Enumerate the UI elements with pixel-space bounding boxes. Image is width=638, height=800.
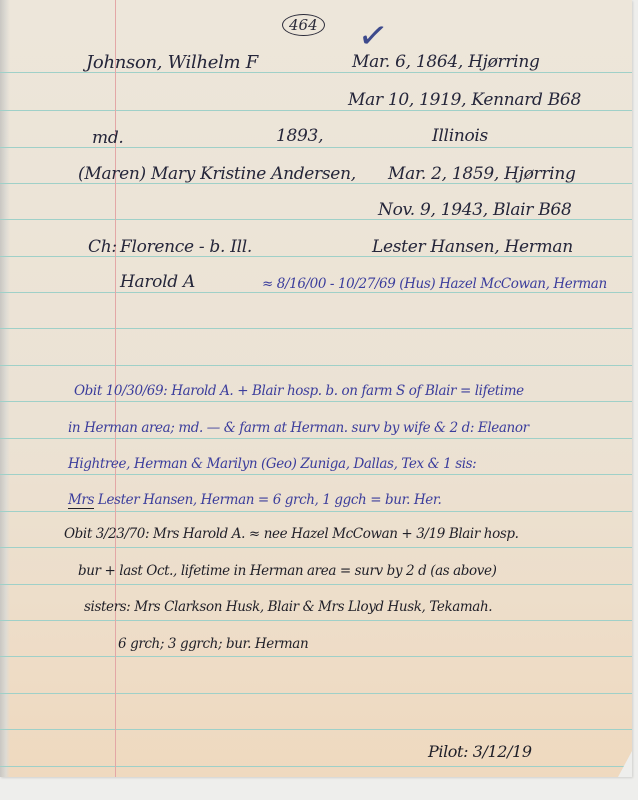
husband-name: Johnson, Wilhelm F [86,52,258,73]
rule-line [0,584,632,585]
obit-harold-line: Mrs Lester Hansen, Herman = 6 grch, 1 gg… [68,492,441,508]
husband-death: Mar 10, 1919, Kennard B68 [348,90,581,110]
rule-line [0,401,632,402]
rule-line [0,766,632,767]
marriage-place: Illinois [432,126,488,146]
rule-line [0,110,632,111]
rule-line [0,693,632,694]
child-harold-details: ≈ 8/16/00 - 10/27/69 (Hus) Hazel McCowan… [262,276,607,292]
notebook-page: 464 ✓ Johnson, Wilhelm F Mar. 6, 1864, H… [0,0,632,777]
obit-hazel-line: sisters: Mrs Clarkson Husk, Blair & Mrs … [84,599,492,615]
children-label: Ch: [88,237,117,257]
underlined-mrs: Mrs [68,492,94,509]
pilot-reference: Pilot: 3/12/19 [428,742,532,761]
obit-harold-line: Obit 10/30/69: Harold A. + Blair hosp. b… [74,383,524,399]
obit-harold-line: Hightree, Herman & Marilyn (Geo) Zuniga,… [68,456,476,472]
rule-line [0,547,632,548]
child-florence-spouse: Lester Hansen, Herman [372,237,573,257]
rule-line [0,328,632,329]
rule-line [0,729,632,730]
rule-line [0,365,632,366]
rule-line [0,474,632,475]
child-harold: Harold A [120,272,195,292]
rule-line [0,292,632,293]
obit-hazel-line: 6 grch; 3 ggrch; bur. Herman [118,636,308,652]
rule-line [0,656,632,657]
obit-hazel-line: bur + last Oct., lifetime in Herman area… [78,563,496,579]
record-number: 464 [282,14,325,36]
marriage-label: md. [92,128,124,148]
rule-line [0,511,632,512]
rule-line [0,438,632,439]
obit-harold-line-rest: Lester Hansen, Herman = 6 grch, 1 ggch =… [94,492,441,508]
rule-line [0,620,632,621]
obit-hazel-line: Obit 3/23/70: Mrs Harold A. ≈ nee Hazel … [64,526,518,542]
obit-harold-line: in Herman area; md. — & farm at Herman. … [68,420,529,436]
child-florence: Florence - b. Ill. [120,237,252,257]
husband-birth: Mar. 6, 1864, Hjørring [352,52,540,72]
wife-death: Nov. 9, 1943, Blair B68 [378,200,571,220]
wife-name: (Maren) Mary Kristine Andersen, [78,164,356,184]
binder-edge [0,0,10,777]
marriage-year: 1893, [276,126,323,146]
wife-birth: Mar. 2, 1859, Hjørring [388,164,576,184]
